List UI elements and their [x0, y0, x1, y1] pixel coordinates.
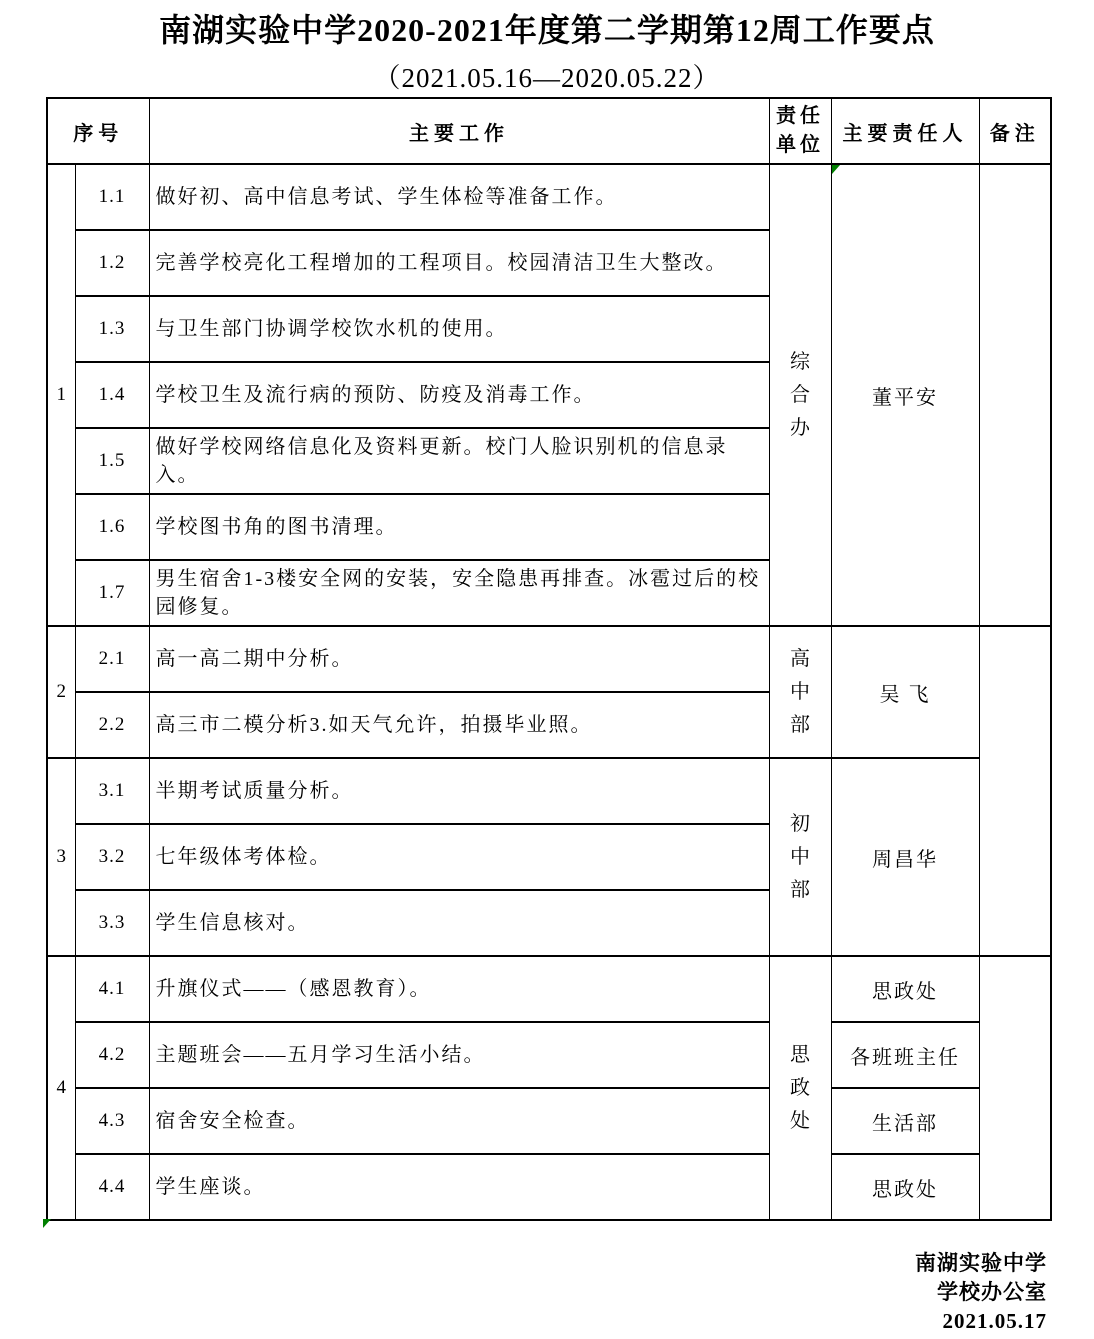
person-cell: 思政处 — [831, 1154, 979, 1220]
header-unit: 责任单位 — [769, 98, 831, 164]
table-row: 4.4 学生座谈。 思政处 — [47, 1154, 1051, 1220]
person-cell: 各班班主任 — [831, 1022, 979, 1088]
header-note: 备注 — [979, 98, 1051, 164]
unit-cell: 高中部 — [769, 626, 831, 758]
row-index-cell: 4.2 — [75, 1022, 149, 1088]
row-index-cell: 4.3 — [75, 1088, 149, 1154]
header-row: 序号 主要工作 责任单位 主要责任人 备注 — [47, 98, 1051, 164]
row-index-cell: 1.3 — [75, 296, 149, 362]
row-index-cell: 4.1 — [75, 956, 149, 1022]
row-index-cell: 3.2 — [75, 824, 149, 890]
row-index-cell: 3.3 — [75, 890, 149, 956]
row-index-cell: 2.2 — [75, 692, 149, 758]
work-cell: 学生座谈。 — [149, 1154, 769, 1220]
row-index-cell: 4.4 — [75, 1154, 149, 1220]
note-cell — [979, 164, 1051, 626]
person-cell: 周昌华 — [831, 758, 979, 956]
section-number-cell: 2 — [47, 626, 75, 758]
unit-vertical-text: 思政处 — [788, 1039, 813, 1138]
work-cell: 高一高二期中分析。 — [149, 626, 769, 692]
document-subtitle: （2021.05.16—2020.05.22） — [0, 56, 1094, 95]
cell-comment-marker-icon — [832, 165, 840, 174]
row-index-cell: 1.1 — [75, 164, 149, 230]
section-number-cell: 1 — [47, 164, 75, 626]
table-row: 4 4.1 升旗仪式——（感恩教育）。 思政处 思政处 — [47, 956, 1051, 1022]
work-cell: 主题班会——五月学习生活小结。 — [149, 1022, 769, 1088]
note-cell — [979, 956, 1051, 1220]
document-footer: 南湖实验中学 学校办公室 2021.05.17 — [915, 1249, 1047, 1336]
unit-cell: 思政处 — [769, 956, 831, 1220]
note-cell — [979, 626, 1051, 956]
person-cell: 思政处 — [831, 956, 979, 1022]
work-cell: 半期考试质量分析。 — [149, 758, 769, 824]
work-cell: 完善学校亮化工程增加的工程项目。校园清洁卫生大整改。 — [149, 230, 769, 296]
table-row: 2 2.1 高一高二期中分析。 高中部 吴 飞 — [47, 626, 1051, 692]
table-row: 1 1.1 做好初、高中信息考试、学生体检等准备工作。 综合办 董平安 — [47, 164, 1051, 230]
row-index-cell: 1.5 — [75, 428, 149, 494]
row-index-cell: 3.1 — [75, 758, 149, 824]
work-cell: 与卫生部门协调学校饮水机的使用。 — [149, 296, 769, 362]
work-cell: 升旗仪式——（感恩教育）。 — [149, 956, 769, 1022]
work-cell: 做好学校网络信息化及资料更新。校门人脸识别机的信息录入。 — [149, 428, 769, 494]
table-row: 3 3.1 半期考试质量分析。 初中部 周昌华 — [47, 758, 1051, 824]
work-cell: 宿舍安全检查。 — [149, 1088, 769, 1154]
unit-cell: 初中部 — [769, 758, 831, 956]
work-cell: 七年级体考体检。 — [149, 824, 769, 890]
work-cell: 学校图书角的图书清理。 — [149, 494, 769, 560]
section-number-cell: 4 — [47, 956, 75, 1220]
row-index-cell: 1.2 — [75, 230, 149, 296]
document-title: 南湖实验中学2020-2021年度第二学期第12周工作要点 — [0, 5, 1094, 51]
work-cell: 学生信息核对。 — [149, 890, 769, 956]
work-table: 序号 主要工作 责任单位 主要责任人 备注 1 1.1 做好初、高中信息考试、学… — [46, 97, 1052, 1221]
row-index-cell: 1.6 — [75, 494, 149, 560]
table-row: 4.2 主题班会——五月学习生活小结。 各班班主任 — [47, 1022, 1051, 1088]
footer-date: 2021.05.17 — [915, 1307, 1047, 1336]
unit-cell: 综合办 — [769, 164, 831, 626]
work-cell: 高三市二模分析3.如天气允许，拍摄毕业照。 — [149, 692, 769, 758]
person-cell: 生活部 — [831, 1088, 979, 1154]
person-cell: 董平安 — [831, 164, 979, 626]
row-index-cell: 2.1 — [75, 626, 149, 692]
work-cell: 学校卫生及流行病的预防、防疫及消毒工作。 — [149, 362, 769, 428]
footer-office: 学校办公室 — [915, 1278, 1047, 1307]
table-row: 4.3 宿舍安全检查。 生活部 — [47, 1088, 1051, 1154]
document-page: 南湖实验中学2020-2021年度第二学期第12周工作要点 （2021.05.1… — [0, 0, 1094, 1339]
work-cell: 男生宿舍1-3楼安全网的安装，安全隐患再排查。冰雹过后的校园修复。 — [149, 560, 769, 626]
header-index: 序号 — [47, 98, 149, 164]
work-cell: 做好初、高中信息考试、学生体检等准备工作。 — [149, 164, 769, 230]
row-index-cell: 1.4 — [75, 362, 149, 428]
cell-comment-marker-icon — [43, 1219, 51, 1228]
header-person: 主要责任人 — [831, 98, 979, 164]
unit-vertical-text: 初中部 — [788, 808, 813, 907]
unit-vertical-text: 综合办 — [788, 346, 813, 445]
section-number-cell: 3 — [47, 758, 75, 956]
header-work: 主要工作 — [149, 98, 769, 164]
person-cell: 吴 飞 — [831, 626, 979, 758]
unit-vertical-text: 高中部 — [788, 643, 813, 742]
footer-org: 南湖实验中学 — [915, 1249, 1047, 1278]
row-index-cell: 1.7 — [75, 560, 149, 626]
